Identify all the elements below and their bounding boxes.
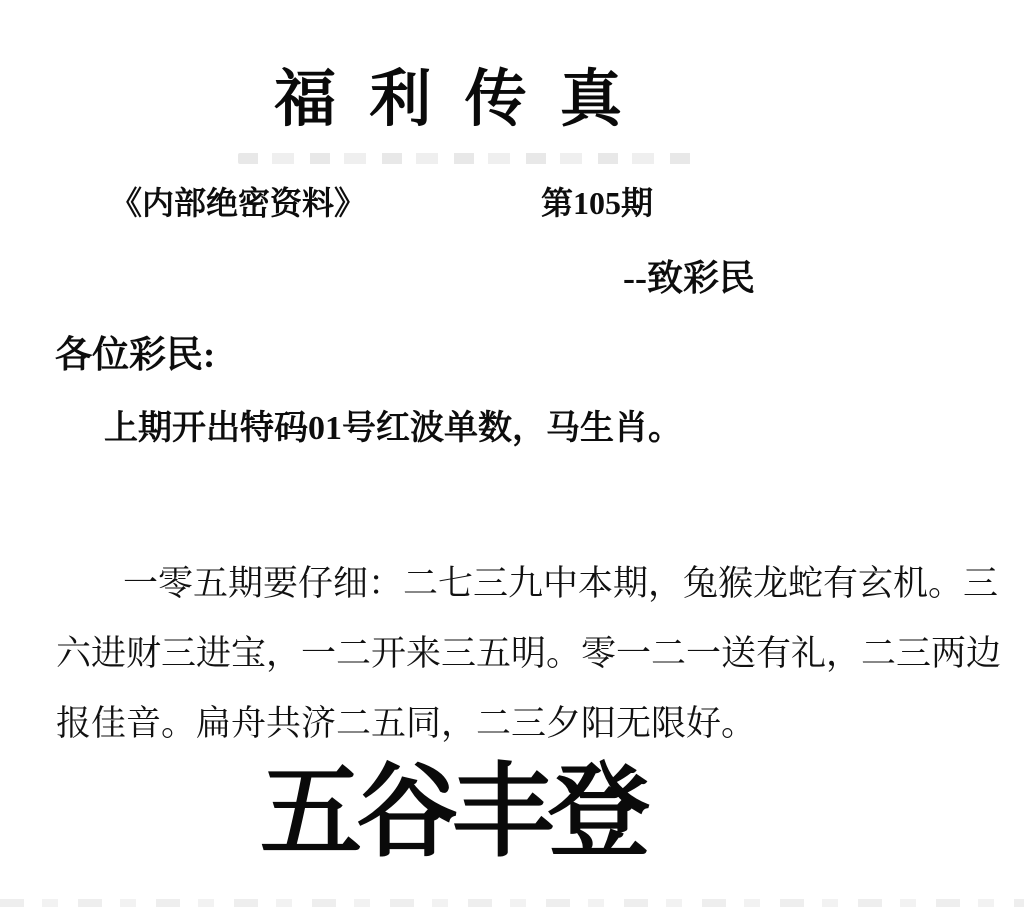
poem-line-3: 报佳音。扁舟共济二五同，二三夕阳无限好。	[56, 696, 756, 746]
poem-line-1: 一零五期要仔细：二七三九中本期，兔猴龙蛇有玄机。三	[123, 556, 998, 606]
dedication-line: --致彩民	[623, 250, 755, 301]
poem-line-2: 六进财三进宝，一二开来三五明。零一二一送有礼，二三两边	[56, 626, 1001, 676]
previous-draw-result: 上期开出特码01号红波单数，马生肖。	[104, 400, 682, 449]
bottom-cutoff-text-artifact	[0, 899, 1024, 907]
salutation: 各位彩民:	[55, 324, 215, 378]
issue-number: 第105期	[541, 178, 653, 224]
scan-smudge-artifact	[238, 153, 698, 164]
document-title: 福 利 传 真	[0, 64, 904, 136]
bottom-idiom-phrase: 五谷丰登	[0, 758, 904, 870]
classification-label: 《内部绝密资料》	[110, 178, 366, 224]
fax-document-page: 福 利 传 真 《内部绝密资料》 第105期 --致彩民 各位彩民: 上期开出特…	[0, 0, 1024, 907]
